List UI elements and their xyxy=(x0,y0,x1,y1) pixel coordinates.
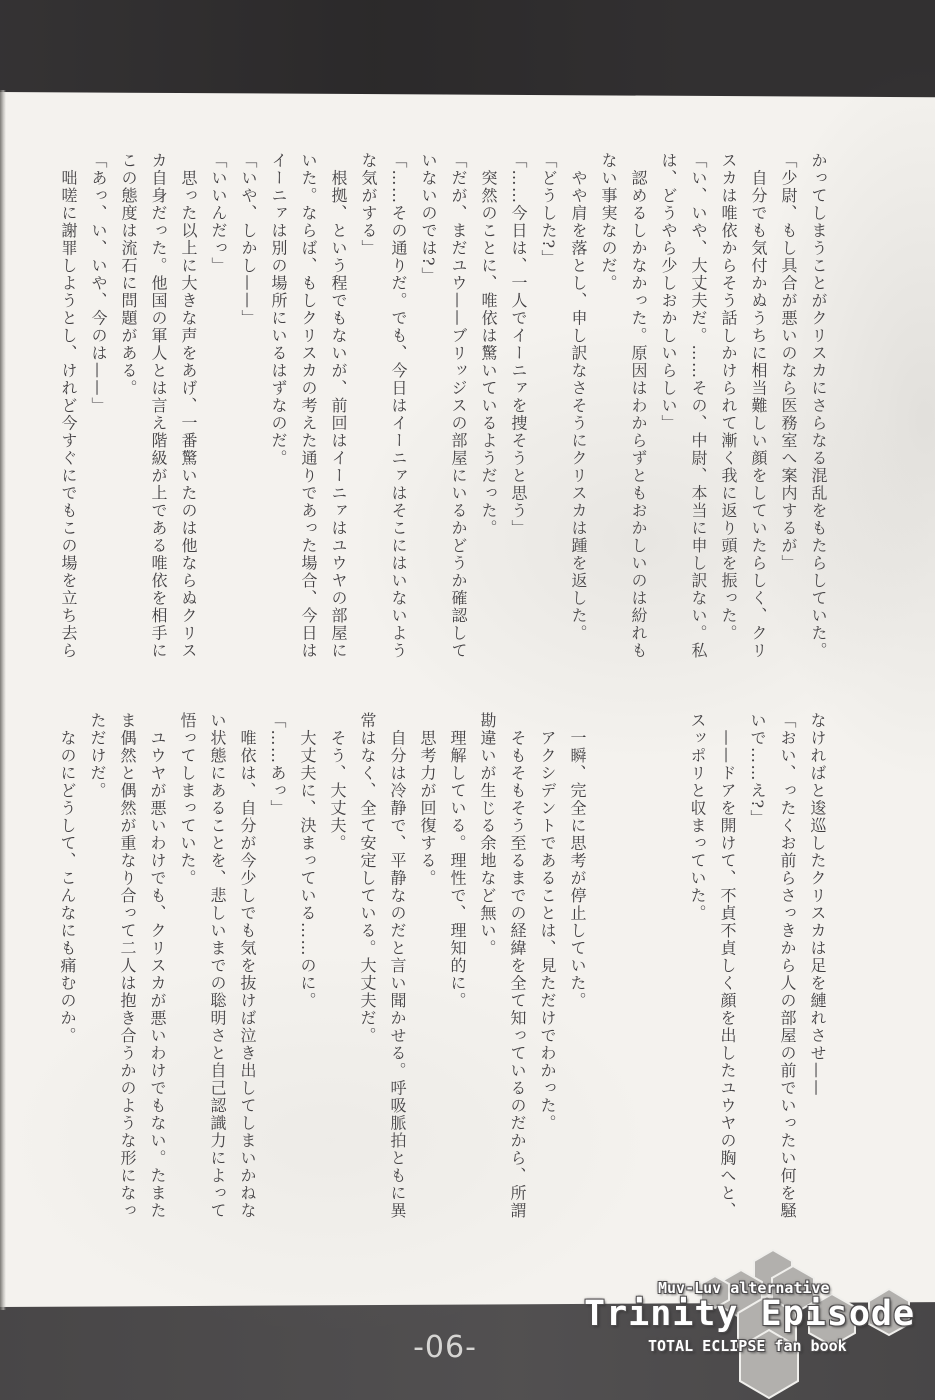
text-column: 常はなく、全て安定している。大丈夫だ。 xyxy=(352,712,382,1252)
top-dark-band xyxy=(0,0,935,97)
text-column: 自分でも気付かぬうちに相当難しい顔をしていたらしく、クリ xyxy=(743,152,773,697)
text-column: 「あっ、い、いや、今のは——」 xyxy=(83,152,113,697)
text-column: アクシデントであることは、見ただけでわかった。 xyxy=(532,712,562,1252)
text-column: い状態にあることを、悲しいまでの聡明さと自己認識力によって xyxy=(202,712,232,1252)
text-column: 突然のことに、唯依は驚いているようだった。 xyxy=(473,152,503,697)
bottom-text-block: なければと逡巡したクリスカは足を縺れさせ——「おい、ったくお前らさっきから人の部… xyxy=(52,712,832,1252)
blank-column xyxy=(592,712,622,1252)
text-column: カ自身だった。他国の軍人とは言え階級が上である唯依を相手に xyxy=(143,152,173,697)
text-column: 悟ってしまっていた。 xyxy=(172,712,202,1252)
logo-subtitle: TOTAL ECLIPSE fan book xyxy=(648,1337,847,1355)
text-column: 「……今日は、一人でイーニァを捜そうと思う」 xyxy=(503,152,533,697)
text-column: スッポリと収まっていた。 xyxy=(682,712,712,1252)
text-column: は、どうやら少しおかしいらしい」 xyxy=(653,152,683,697)
text-column: 認めるしかなかった。原因はわからずともおかしいのは紛れも xyxy=(623,152,653,697)
text-column: かってしまうことがクリスカにさらなる混乱をもたらしていた。 xyxy=(803,152,833,697)
text-column: 根拠、という程でもないが、前回はイーニァはユウヤの部屋に xyxy=(323,152,353,697)
text-column: ユウヤが悪いわけでも、クリスカが悪いわけでもない。たまた xyxy=(142,712,172,1252)
text-column: なのにどうして、こんなにも痛むのか。 xyxy=(52,712,82,1252)
text-column: この態度は流石に問題がある。 xyxy=(113,152,143,697)
page-number: -06- xyxy=(400,1330,490,1365)
text-column: スカは唯依からそう話しかけられて漸く我に返り頭を振った。 xyxy=(713,152,743,697)
logo-main-title: Trinity Episode xyxy=(584,1294,915,1334)
text-column: いで……え?」 xyxy=(742,712,772,1252)
text-column: 自分は冷静で、平静なのだと言い聞かせる。呼吸脈拍ともに異 xyxy=(382,712,412,1252)
text-column: 「……その通りだ。でも、今日はイーニァはそこにはいないよう xyxy=(383,152,413,697)
text-column: イーニァは別の場所にいるはずなのだ。 xyxy=(263,152,293,697)
text-column: 「少尉、もし具合が悪いのなら医務室へ案内するが」 xyxy=(773,152,803,697)
scan-edge-artifact xyxy=(0,90,6,1310)
text-column: な気がする」 xyxy=(353,152,383,697)
text-column: 「どうした?」 xyxy=(533,152,563,697)
text-column: ない事実なのだ。 xyxy=(593,152,623,697)
text-column: そう、大丈夫。 xyxy=(322,712,352,1252)
text-column: 「いや、しかし——」 xyxy=(233,152,263,697)
text-column: そもそもそう至るまでの経緯を全て知っているのだから、所謂 xyxy=(502,712,532,1252)
text-column: 思考力が回復する。 xyxy=(412,712,442,1252)
text-column: ただけだ。 xyxy=(82,712,112,1252)
text-column: やや肩を落とし、申し訳なさそうにクリスカは踵を返した。 xyxy=(563,152,593,697)
text-column: 唯依は、自分が今少しでも気を抜けば泣き出してしまいかねな xyxy=(232,712,262,1252)
text-column: 一瞬、完全に思考が停止していた。 xyxy=(562,712,592,1252)
text-column: 「だが、まだユウ——ブリッジスの部屋にいるかどうか確認して xyxy=(443,152,473,697)
text-column: いた。ならば、もしクリスカの考えた通りであった場合、今日は xyxy=(293,152,323,697)
text-column: 大丈夫に、決まっている……のに。 xyxy=(292,712,322,1252)
text-column: 「……あっ」 xyxy=(262,712,292,1252)
text-column: ま偶然と偶然が重なり合って二人は抱き合うかのような形になっ xyxy=(112,712,142,1252)
text-column: 理解している。理性で、理知的に。 xyxy=(442,712,472,1252)
text-column: 「い、いや、大丈夫だ。……その、中尉、本当に申し訳ない。私 xyxy=(683,152,713,697)
text-column: なければと逡巡したクリスカは足を縺れさせ—— xyxy=(802,712,832,1252)
blank-column xyxy=(622,712,652,1252)
text-column: 咄嗟に謝罪しようとし、けれど今すぐにでもこの場を立ち去ら xyxy=(53,152,83,697)
text-column: いないのでは?」 xyxy=(413,152,443,697)
text-column: 勘違いが生じる余地など無い。 xyxy=(472,712,502,1252)
text-column: ——ドアを開けて、不貞不貞しく顔を出したユウヤの胸へと、 xyxy=(712,712,742,1252)
top-text-block: かってしまうことがクリスカにさらなる混乱をもたらしていた。「少尉、もし具合が悪い… xyxy=(53,152,833,697)
scanned-page: かってしまうことがクリスカにさらなる混乱をもたらしていた。「少尉、もし具合が悪い… xyxy=(0,0,935,1400)
text-column: 「おい、ったくお前らさっきから人の部屋の前でいったい何を騒 xyxy=(772,712,802,1252)
blank-column xyxy=(652,712,682,1252)
text-column: 思った以上に大きな声をあげ、一番驚いたのは他ならぬクリス xyxy=(173,152,203,697)
text-column: 「いいんだっ」 xyxy=(203,152,233,697)
